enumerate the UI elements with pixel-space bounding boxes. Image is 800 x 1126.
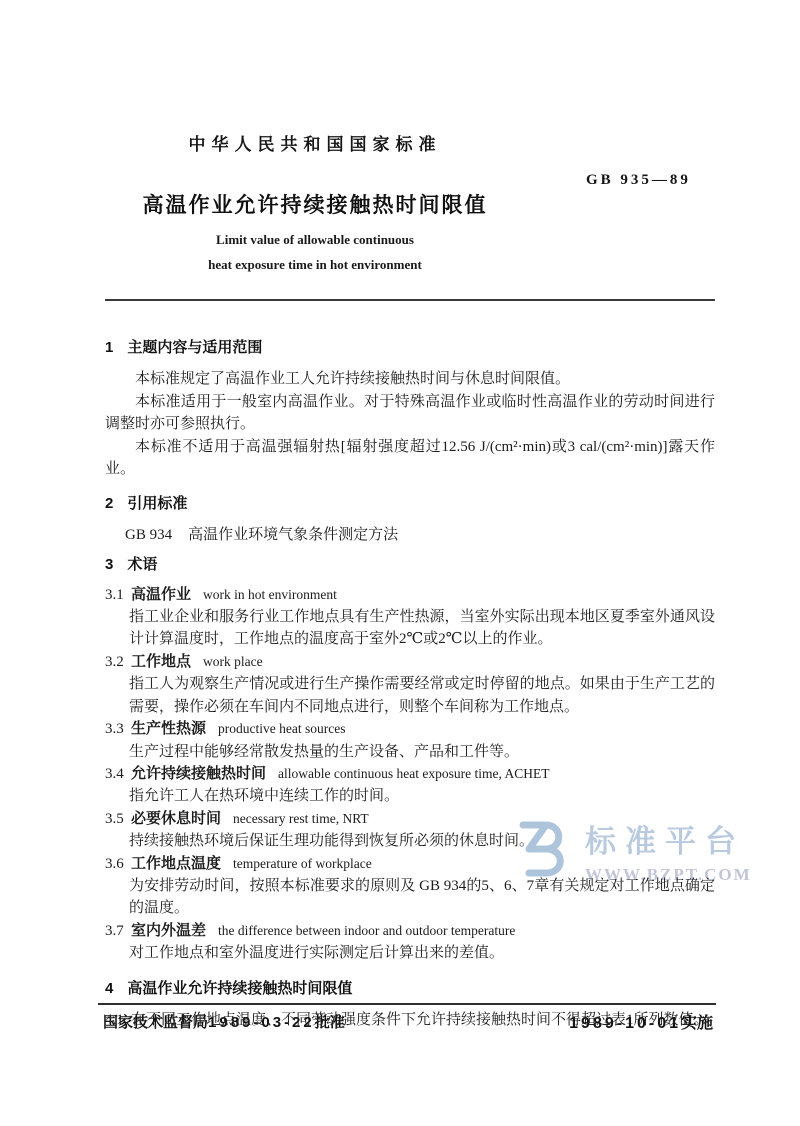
term-3-2: 3.2工作地点work place 指工人为观察生产情况或进行生产操作需要经常或… bbox=[105, 651, 715, 718]
term-number: 3.7 bbox=[105, 920, 131, 942]
section-2-title: 引用标准 bbox=[127, 495, 187, 512]
section-2-number: 2 bbox=[105, 495, 113, 512]
section-1-title: 主题内容与适用范围 bbox=[127, 339, 262, 356]
term-zh: 生产性热源 bbox=[131, 720, 206, 737]
term-en: temperature of workplace bbox=[233, 856, 372, 871]
terms-list: 3.1高温作业work in hot environment 指工业企业和服务行… bbox=[105, 584, 715, 965]
document-body: 1主题内容与适用范围 本标准规定了高温作业工人允许持续接触热时间与休息时间限值。… bbox=[105, 337, 715, 1031]
term-en: the difference between indoor and outdoo… bbox=[218, 923, 515, 938]
term-3-5: 3.5必要休息时间necessary rest time, NRT 持续接触热环… bbox=[105, 808, 715, 853]
clause-number: 4.1 bbox=[105, 1009, 131, 1031]
section-4-title: 高温作业允许持续接触热时间限值 bbox=[127, 980, 352, 997]
term-3-3: 3.3生产性热源productive heat sources 生产过程中能够经… bbox=[105, 718, 715, 763]
referenced-standard-title: 高温作业环境气象条件测定方法 bbox=[188, 527, 398, 543]
term-en: productive heat sources bbox=[218, 721, 345, 736]
term-en: work in hot environment bbox=[203, 587, 337, 602]
term-definition: 持续接触热环境后保证生理功能得到恢复所必须的休息时间。 bbox=[129, 830, 715, 852]
term-number: 3.5 bbox=[105, 808, 131, 830]
clause-text: 在不同工作地点温度、不同劳动强度条件下允许持续接触热时间不得超过表1所列数值。 bbox=[131, 1012, 709, 1028]
term-3-6: 3.6工作地点温度temperature of workplace 为安排劳动时… bbox=[105, 853, 715, 920]
document-title-en: Limit value of allowable continuous heat… bbox=[105, 227, 525, 277]
section-1-paragraph: 本标准规定了高温作业工人允许持续接触热时间与休息时间限值。 bbox=[105, 368, 715, 390]
standard-number: GB 935—89 bbox=[586, 172, 691, 189]
org-title: 中华人民共和国国家标准 bbox=[105, 130, 525, 155]
referenced-standard: GB 934高温作业环境气象条件测定方法 bbox=[125, 524, 715, 546]
standard-document-page: 中华人民共和国国家标准 GB 935—89 高温作业允许持续接触热时间限值 Li… bbox=[0, 0, 800, 1126]
section-3-heading: 3术语 bbox=[105, 554, 715, 576]
section-1-number: 1 bbox=[105, 339, 113, 356]
term-number: 3.4 bbox=[105, 763, 131, 785]
document-title-en-line1: Limit value of allowable continuous bbox=[105, 227, 525, 252]
section-4-number: 4 bbox=[105, 980, 113, 997]
term-zh: 室内外温差 bbox=[131, 922, 206, 939]
term-3-4: 3.4允许持续接触热时间allowable continuous heat ex… bbox=[105, 763, 715, 808]
clause-4-1: 4.1在不同工作地点温度、不同劳动强度条件下允许持续接触热时间不得超过表1所列数… bbox=[105, 1009, 715, 1031]
header-divider bbox=[105, 299, 715, 301]
term-en: allowable continuous heat exposure time,… bbox=[278, 766, 549, 781]
section-2-heading: 2引用标准 bbox=[105, 493, 715, 515]
term-3-7: 3.7室内外温差the difference between indoor an… bbox=[105, 920, 715, 965]
term-definition: 指工业企业和服务行业工作地点具有生产性热源，当室外实际出现本地区夏季室外通风设计… bbox=[129, 606, 715, 651]
term-number: 3.1 bbox=[105, 584, 131, 606]
term-definition: 生产过程中能够经常散发热量的生产设备、产品和工件等。 bbox=[129, 741, 715, 763]
section-3-title: 术语 bbox=[127, 556, 157, 573]
term-definition: 为安排劳动时间，按照本标准要求的原则及 GB 934的5、6、7章有关规定对工作… bbox=[129, 875, 715, 920]
section-4-heading: 4高温作业允许持续接触热时间限值 bbox=[105, 978, 715, 1000]
term-zh: 必要休息时间 bbox=[131, 810, 221, 827]
term-number: 3.6 bbox=[105, 853, 131, 875]
term-definition: 指允许工人在热环境中连续工作的时间。 bbox=[129, 785, 715, 807]
term-number: 3.3 bbox=[105, 718, 131, 740]
section-1-paragraph: 本标准适用于一般室内高温作业。对于特殊高温作业或临时性高温作业的劳动时间进行调整… bbox=[105, 391, 715, 436]
section-1-heading: 1主题内容与适用范围 bbox=[105, 337, 715, 359]
document-title-zh: 高温作业允许持续接触热时间限值 bbox=[105, 189, 525, 219]
term-zh: 工作地点温度 bbox=[131, 855, 221, 872]
term-number: 3.2 bbox=[105, 651, 131, 673]
term-zh: 高温作业 bbox=[131, 586, 191, 603]
referenced-standard-code: GB 934 bbox=[125, 527, 172, 543]
term-3-1: 3.1高温作业work in hot environment 指工业企业和服务行… bbox=[105, 584, 715, 651]
term-definition: 指工人为观察生产情况或进行生产操作需要经常或定时停留的地点。如果由于生产工艺的需… bbox=[129, 673, 715, 718]
document-title-en-line2: heat exposure time in hot environment bbox=[105, 252, 525, 277]
term-zh: 工作地点 bbox=[131, 653, 191, 670]
term-definition: 对工作地点和室外温度进行实际测定后计算出来的差值。 bbox=[129, 942, 715, 964]
term-en: work place bbox=[203, 654, 263, 669]
section-3-number: 3 bbox=[105, 556, 113, 573]
term-zh: 允许持续接触热时间 bbox=[131, 765, 266, 782]
term-en: necessary rest time, NRT bbox=[233, 811, 369, 826]
section-1-paragraph: 本标准不适用于高温强辐射热[辐射强度超过12.56 J/(cm²·min)或3 … bbox=[105, 436, 715, 481]
